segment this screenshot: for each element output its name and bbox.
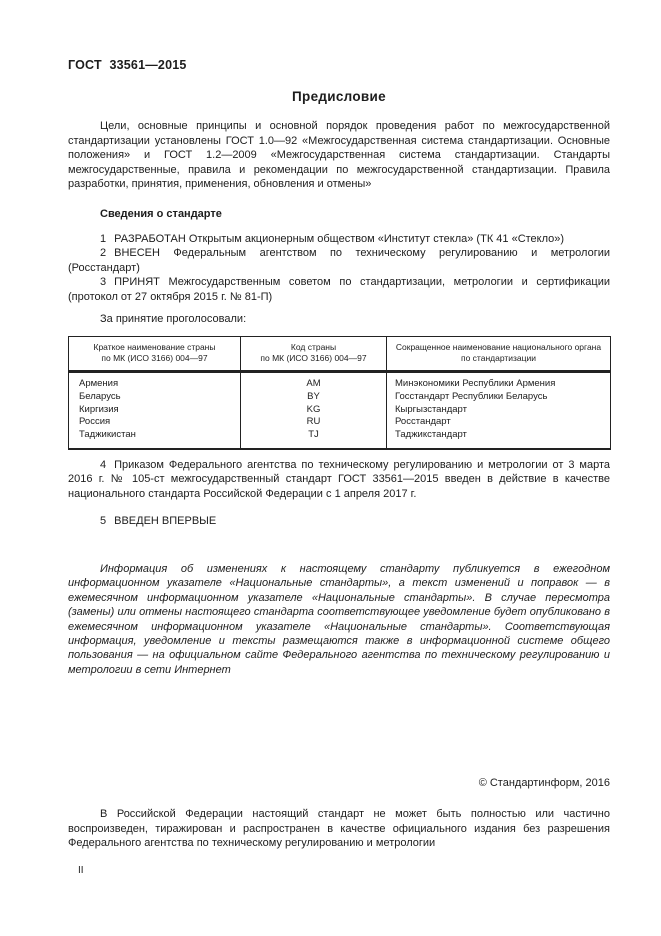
vote-intro-line: За принятие проголосовали: bbox=[68, 313, 610, 325]
cell-country: Таджикистан bbox=[69, 429, 241, 449]
cell-code: KG bbox=[241, 404, 387, 417]
table-header: Краткое наименование страны по МК (ИСО 3… bbox=[69, 337, 611, 372]
column-header-body: Сокращенное наименование национального о… bbox=[387, 337, 611, 372]
info-item-2: 2ВНЕСЕН Федеральным агентством по технич… bbox=[68, 246, 610, 275]
standard-info-heading: Сведения о стандарте bbox=[100, 208, 610, 220]
copyright-line: © Стандартинформ, 2016 bbox=[68, 777, 610, 789]
page-number: II bbox=[78, 865, 610, 876]
cell-country: Беларусь bbox=[69, 391, 241, 404]
table-row: Россия RU Росстандарт bbox=[69, 416, 611, 429]
document-code: ГОСТ 33561—2015 bbox=[68, 58, 610, 72]
item-number: 5 bbox=[100, 515, 106, 527]
standard-info-items: 1РАЗРАБОТАН Открытым акционерным обществ… bbox=[68, 232, 610, 305]
cell-body: Госстандарт Республики Беларусь bbox=[387, 391, 611, 404]
item-number: 2 bbox=[100, 247, 106, 259]
cell-body: Таджикстандарт bbox=[387, 429, 611, 449]
table-row: Беларусь BY Госстандарт Республики Белар… bbox=[69, 391, 611, 404]
update-notice-paragraph: Информация об изменениях к настоящему ст… bbox=[68, 562, 610, 677]
document-page: ГОСТ 33561—2015 Предисловие Цели, основн… bbox=[0, 0, 661, 936]
cell-body: Росстандарт bbox=[387, 416, 611, 429]
info-item-3: 3ПРИНЯТ Межгосударственным советом по ст… bbox=[68, 275, 610, 304]
info-item-5: 5ВВЕДЕН ВПЕРВЫЕ bbox=[68, 514, 610, 529]
cell-code: RU bbox=[241, 416, 387, 429]
item-text: РАЗРАБОТАН Открытым акционерным общество… bbox=[114, 233, 564, 245]
info-item-4: 4Приказом Федерального агентства по техн… bbox=[68, 458, 610, 502]
item-text: ПРИНЯТ Межгосударственным советом по ста… bbox=[68, 276, 610, 303]
cell-body: Кыргызстандарт bbox=[387, 404, 611, 417]
item-number: 3 bbox=[100, 276, 106, 288]
item-number: 4 bbox=[100, 459, 106, 471]
reproduction-restriction-paragraph: В Российской Федерации настоящий стандар… bbox=[68, 807, 610, 851]
info-item-1: 1РАЗРАБОТАН Открытым акционерным обществ… bbox=[68, 232, 610, 247]
cell-code: AM bbox=[241, 372, 387, 391]
cell-body: Минэкономики Республики Армения bbox=[387, 372, 611, 391]
table-row: Киргизия KG Кыргызстандарт bbox=[69, 404, 611, 417]
cell-country: Киргизия bbox=[69, 404, 241, 417]
item-text: Приказом Федерального агентства по техни… bbox=[68, 459, 610, 500]
cell-code: TJ bbox=[241, 429, 387, 449]
table-row: Таджикистан TJ Таджикстандарт bbox=[69, 429, 611, 449]
item-text: ВНЕСЕН Федеральным агентством по техниче… bbox=[68, 247, 610, 274]
page-title: Предисловие bbox=[68, 89, 610, 104]
intro-paragraph: Цели, основные принципы и основной поряд… bbox=[68, 119, 610, 192]
voting-countries-table: Краткое наименование страны по МК (ИСО 3… bbox=[68, 336, 611, 450]
item-number: 1 bbox=[100, 233, 106, 245]
cell-country: Армения bbox=[69, 372, 241, 391]
column-header-code: Код страны по МК (ИСО 3166) 004—97 bbox=[241, 337, 387, 372]
column-header-country: Краткое наименование страны по МК (ИСО 3… bbox=[69, 337, 241, 372]
item-text: ВВЕДЕН ВПЕРВЫЕ bbox=[114, 515, 216, 527]
table-row: Армения AM Минэкономики Республики Армен… bbox=[69, 372, 611, 391]
cell-country: Россия bbox=[69, 416, 241, 429]
cell-code: BY bbox=[241, 391, 387, 404]
